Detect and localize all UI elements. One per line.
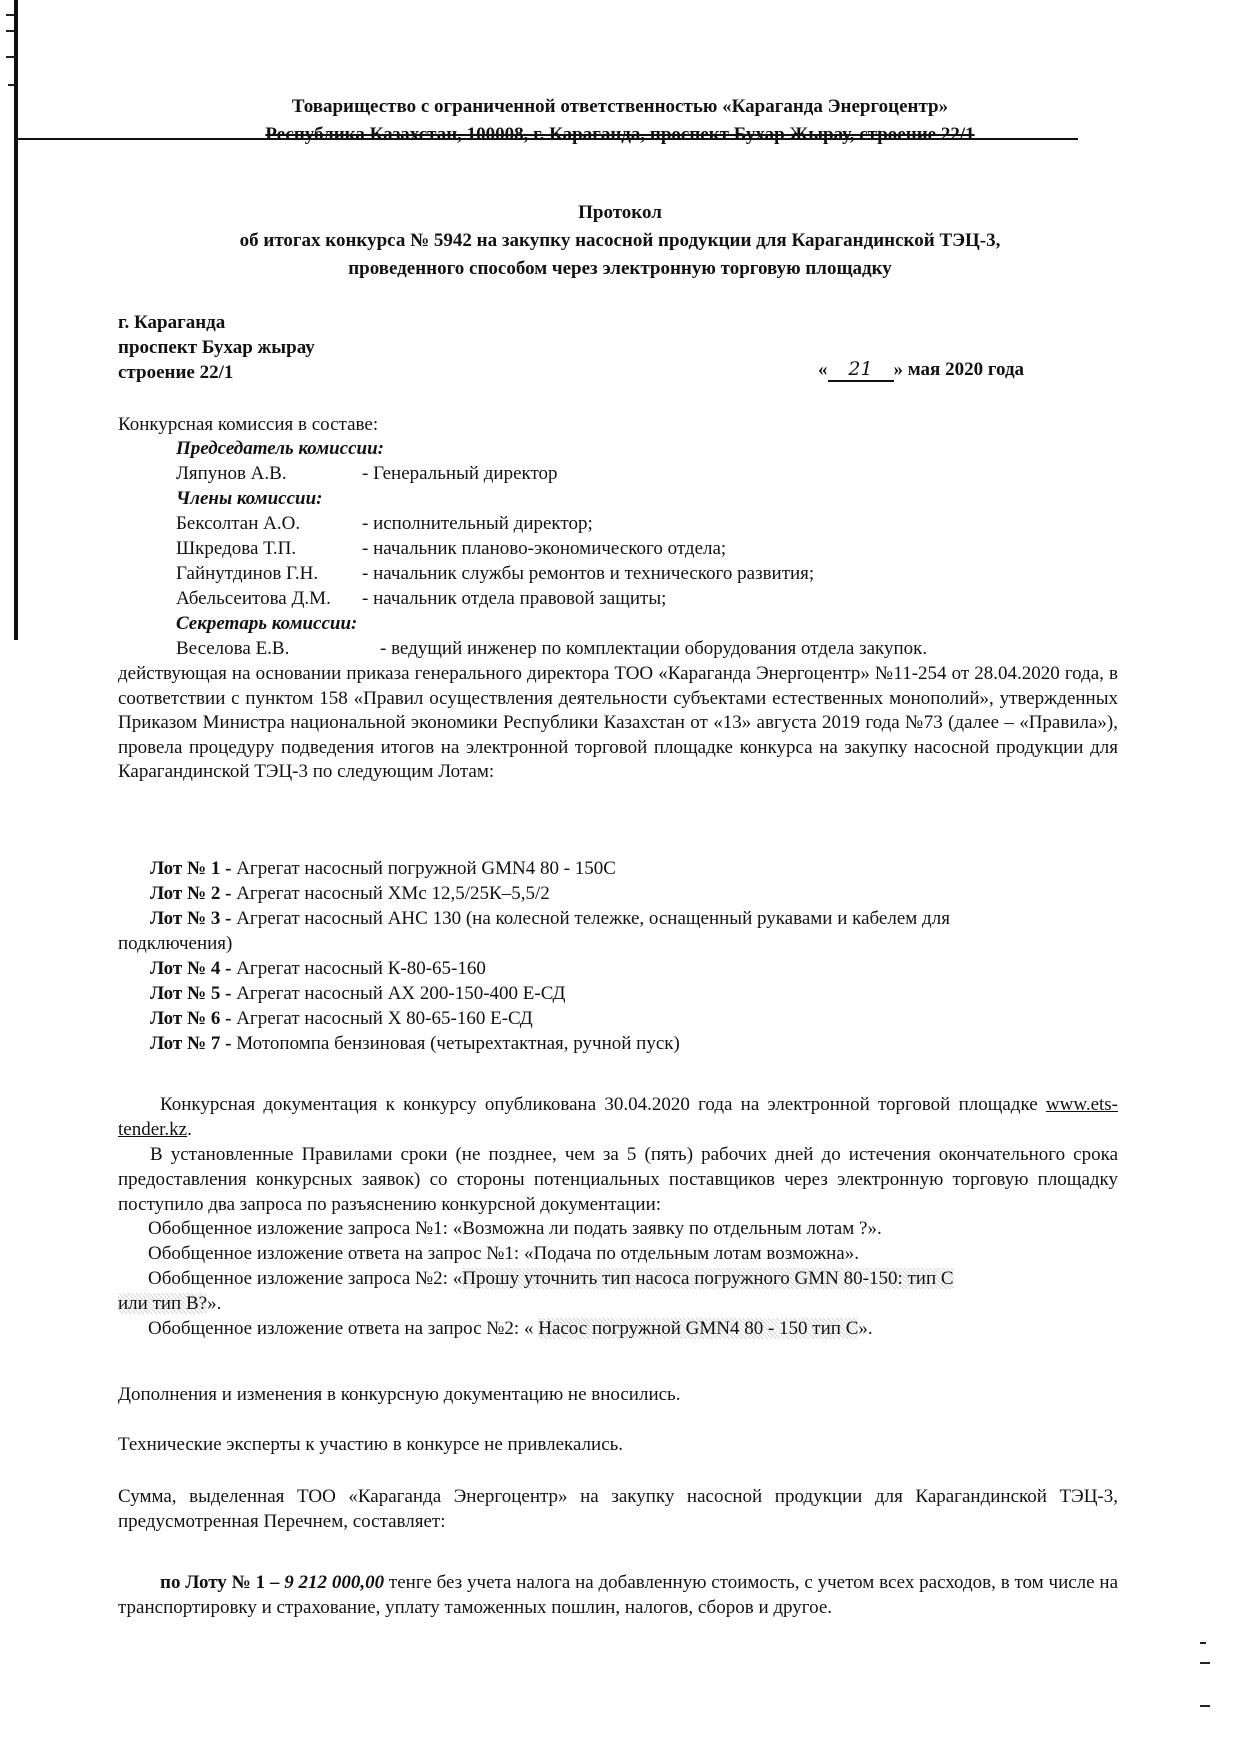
lot-label: Лот № 5 - <box>150 983 231 1004</box>
lot-item: Лот № 4 - Агрегат насосный К-80-65-160 <box>150 958 486 980</box>
clarifications-intro: В установленные Правилами сроки (не позд… <box>118 1142 1118 1217</box>
secretary-name: Веселова Е.В. <box>176 638 289 660</box>
lot-label: Лот № 2 - <box>150 883 231 904</box>
secretary-role: - ведущий инженер по комплектации оборуд… <box>380 638 927 660</box>
basis-paragraph: действующая на основании приказа генерал… <box>118 662 1118 785</box>
publication-text: Конкурсная документация к конкурсу опубл… <box>160 1094 1038 1115</box>
publication-paragraph: Конкурсная документация к конкурсу опубл… <box>118 1092 1118 1142</box>
lot-text: Мотопомпа бензиновая (четырехтактная, ру… <box>236 1033 680 1054</box>
chair-role: - Генеральный директор <box>362 463 558 485</box>
member-name: Бексолтан А.О. <box>176 513 300 535</box>
answer-2-prefix: Обобщенное изложение ответа на запрос №2… <box>148 1318 538 1339</box>
lot-label: Лот № 7 - <box>150 1033 231 1054</box>
request-2-cont-text: или тип В? <box>118 1293 207 1314</box>
lot-text: Агрегат насосный Х 80-65-160 Е-СД <box>236 1008 533 1029</box>
answer-1: Обобщенное изложение ответа на запрос №1… <box>148 1243 859 1265</box>
lot-item: Лот № 6 - Агрегат насосный Х 80-65-160 Е… <box>150 1008 533 1030</box>
no-experts-statement: Технические эксперты к участию в конкурс… <box>118 1434 623 1456</box>
secretary-heading: Секретарь комиссии: <box>176 613 357 635</box>
answer-2-suffix: ». <box>858 1318 872 1339</box>
lot-item: Лот № 5 - Агрегат насосный АХ 200-150-40… <box>150 983 565 1005</box>
document-subtitle-line1: об итогах конкурса № 5942 на закупку нас… <box>0 230 1240 252</box>
no-changes-statement: Дополнения и изменения в конкурсную доку… <box>118 1384 680 1406</box>
lot-label: Лот № 4 - <box>150 958 231 979</box>
budget-lot-1: по Лоту № 1 – 9 212 000,00 тенге без уче… <box>118 1570 1118 1620</box>
budget-intro: Сумма, выделенная ТОО «Караганда Энергоц… <box>118 1484 1118 1534</box>
scan-tick <box>6 56 16 58</box>
request-2-suffix: ». <box>207 1293 221 1314</box>
lot-text: Агрегат насосный ХМс 12,5/25К–5,5/2 <box>236 883 550 904</box>
document-title: Протокол <box>0 202 1240 224</box>
answer-2: Обобщенное изложение ответа на запрос №2… <box>148 1318 873 1340</box>
member-name: Гайнутдинов Г.Н. <box>176 563 318 585</box>
date-day-handwritten: 21 <box>828 358 894 382</box>
member-role: - начальник планово-экономического отдел… <box>362 538 726 560</box>
lot-item: Лот № 1 - Агрегат насосный погружной GMN… <box>150 858 616 880</box>
scan-tick <box>1200 1705 1210 1707</box>
request-2: Обобщенное изложение запроса №2: «Прошу … <box>148 1268 954 1290</box>
request-1: Обобщенное изложение запроса №1: «Возмож… <box>148 1218 882 1240</box>
commission-intro: Конкурсная комиссия в составе: <box>118 414 378 436</box>
lot-item: Лот № 2 - Агрегат насосный ХМс 12,5/25К–… <box>150 883 550 905</box>
lot-item: Лот № 7 - Мотопомпа бензиновая (четырехт… <box>150 1033 680 1055</box>
members-heading: Члены комиссии: <box>176 488 322 510</box>
letterhead-organization: Товарищество с ограниченной ответственно… <box>0 96 1240 118</box>
member-role: - начальник службы ремонтов и техническо… <box>362 563 814 585</box>
place-building: строение 22/1 <box>118 362 233 384</box>
place-city: г. Караганда <box>118 312 225 334</box>
request-2-continuation: или тип В?». <box>118 1293 221 1315</box>
lot-text: Агрегат насосный погружной GMN4 80 - 150… <box>236 858 616 879</box>
answer-2-text: Насос погружной GMN4 80 - 150 тип С <box>538 1318 858 1339</box>
publication-end: . <box>187 1119 192 1140</box>
lot-item: Лот № 3 - Агрегат насосный АНС 130 (на к… <box>150 908 1120 930</box>
member-role: - начальник отдела правовой защиты; <box>362 588 666 610</box>
document-subtitle-line2: проведенного способом через электронную … <box>0 258 1240 280</box>
lot-3-continuation: подключения) <box>118 933 232 955</box>
date-month-year: » мая 2020 года <box>894 359 1025 380</box>
lot-text: Агрегат насосный К-80-65-160 <box>236 958 486 979</box>
member-role: - исполнительный директор; <box>362 513 593 535</box>
chair-heading: Председатель комиссии: <box>176 438 384 460</box>
scan-tick <box>6 14 14 16</box>
lot-label: Лот № 1 - <box>150 858 231 879</box>
date-open-quote: « <box>818 359 828 380</box>
member-name: Шкредова Т.П. <box>176 538 296 560</box>
request-2-prefix: Обобщенное изложение запроса №2: « <box>148 1268 462 1289</box>
scan-tick <box>8 84 14 86</box>
document-date: «21» мая 2020 года <box>818 358 1024 382</box>
document-page: Товарищество с ограниченной ответственно… <box>0 0 1240 1754</box>
scan-tick <box>6 30 14 32</box>
lot-label: Лот № 6 - <box>150 1008 231 1029</box>
lot-text: Агрегат насосный АХ 200-150-400 Е-СД <box>236 983 565 1004</box>
chair-name: Ляпунов А.В. <box>176 463 287 485</box>
budget-lot-amount: 9 212 000,00 <box>284 1572 384 1593</box>
scan-tick <box>1200 1642 1206 1644</box>
request-2-text: Прошу уточнить тип насоса погружного GMN… <box>462 1268 953 1289</box>
budget-lot-label: по Лоту № 1 – <box>160 1572 284 1593</box>
scan-tick <box>1200 1662 1210 1664</box>
lot-label: Лот № 3 - <box>150 908 231 929</box>
member-name: Абельсеитова Д.М. <box>176 588 331 610</box>
place-street: проспект Бухар жырау <box>118 337 315 359</box>
lot-text: Агрегат насосный АНС 130 (на колесной те… <box>236 908 950 929</box>
letterhead-address: Республика Казахстан, 100008, г. Караган… <box>0 124 1240 146</box>
